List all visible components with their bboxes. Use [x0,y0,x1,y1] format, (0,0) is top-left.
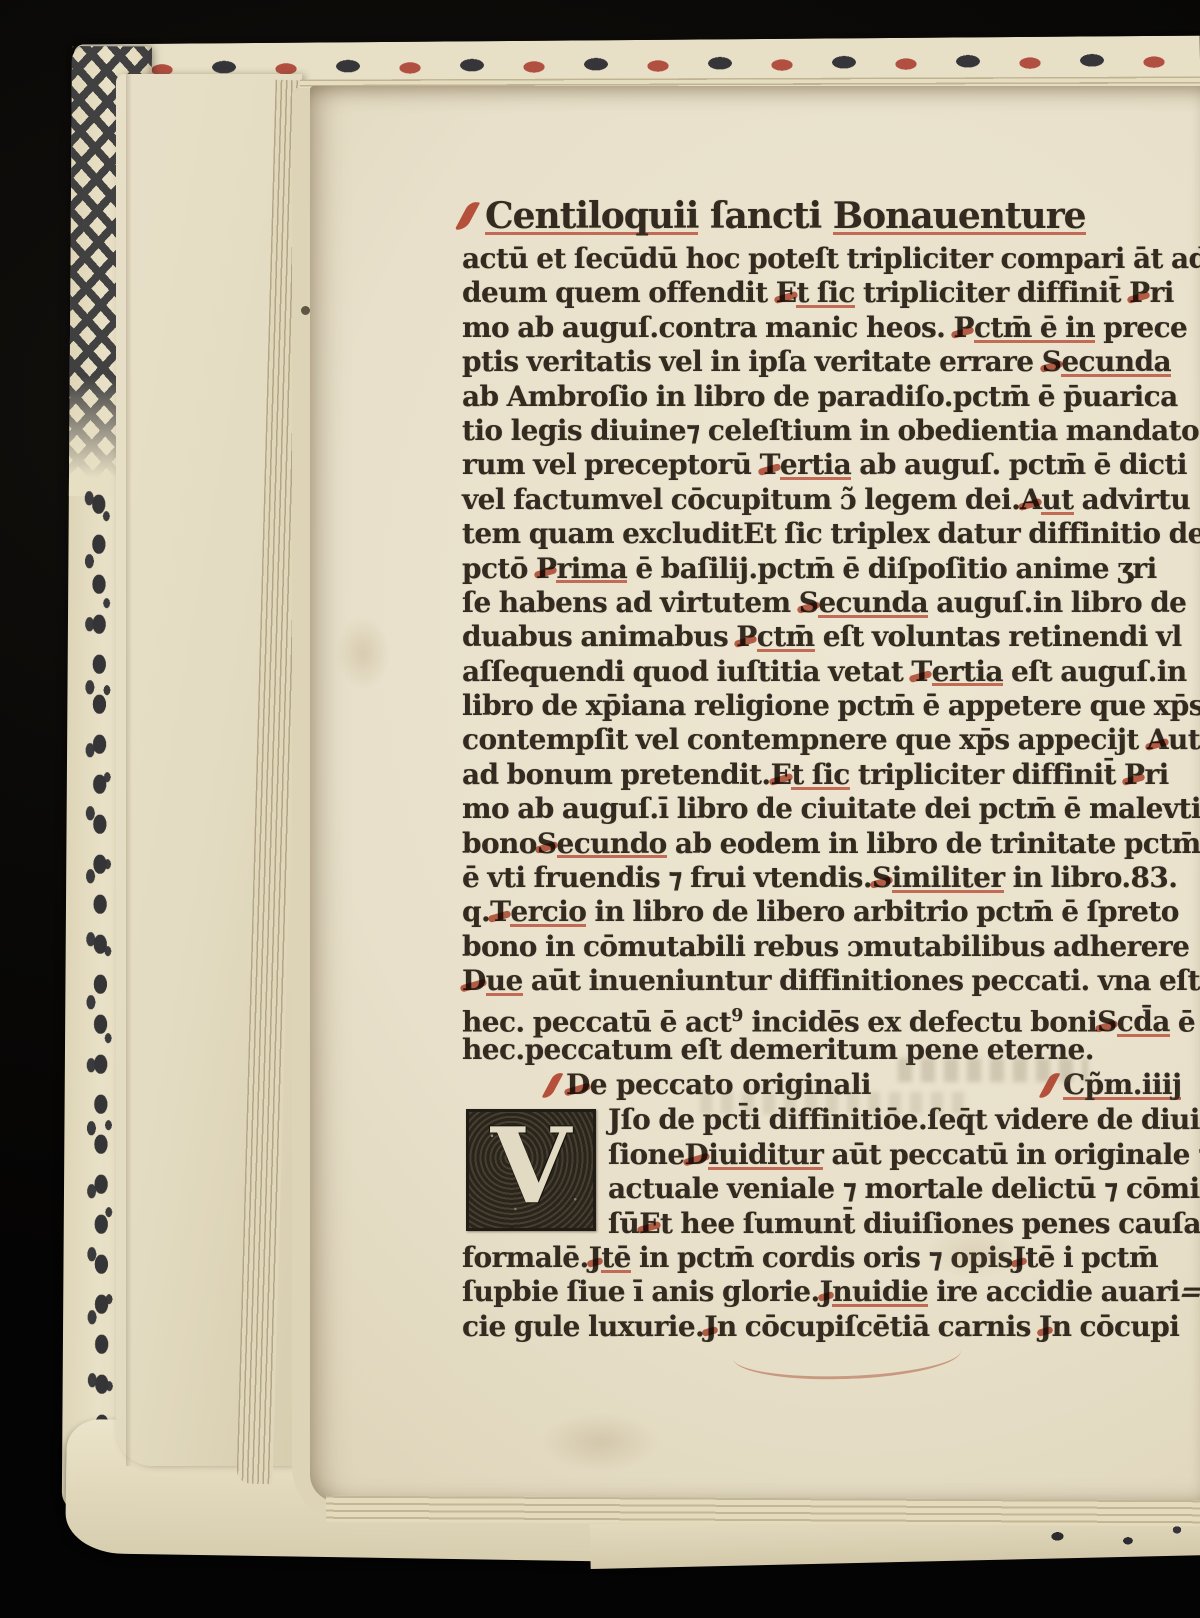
main-page: Centiloquii ſancti Bonauenture actū et ſ… [310,86,1200,1502]
ink-showthrough [898,1058,1088,1082]
closing-text: formalē.Jtē in pctm̄ cordis oris ⁊ opisJ… [462,1241,1200,1344]
text-line: Due aūt inueniuntur diffinitiones peccat… [462,964,1200,998]
body-text: actū et ſecūdū hoc poteſt tripliciter co… [462,242,1200,1067]
text-line: ad bonum pretendit.Et ſic tripliciter di… [462,758,1200,792]
text-line: bonoSecundo ab eodem in libro de trinita… [462,827,1200,861]
text-line: libro de xp̄iana religione pctm̄ ē appet… [462,689,1200,723]
text-line: ſioneDiuiditur aūt peccatū in originale … [608,1138,1200,1172]
text-line: ſe habens ad virtutem Secunda auguſ.in l… [462,586,1200,620]
text-line: hec.peccatum eſt demeritum pene eterne. [462,1033,1200,1067]
text-line: hec. peccatū ē act9 incidēs ex defectu b… [462,999,1200,1033]
paraph-mark-icon [542,1073,564,1099]
text-line: duabus animabus Pctm̄ eſt voluntas retin… [462,620,1200,654]
text-line: rum vel preceptorū Tertia ab auguſ. pctm… [462,448,1200,482]
text-line: mo ab auguſ.contra manic heos. Pctm̄ ē i… [462,311,1200,345]
text-block: Centiloquii ſancti Bonauenture actū et ſ… [462,190,1200,1344]
text-line: aſſequendi quod iuſtitia vetat Tertia eſ… [462,655,1200,689]
stain [301,306,310,315]
page-bottom-edges [326,1496,1200,1527]
text-line: pctō Prima ē baſilij.pctm̄ ē diſpoſitio … [462,552,1200,586]
stain [336,615,390,691]
decorated-initial: V [466,1109,596,1231]
text-line: ē vti fruendis ⁊ frui vtendis.Similiter … [462,861,1200,895]
text-line: ptis veritatis vel in ipſa veritate erra… [462,345,1200,379]
photographed-book-scene: Centiloquii ſancti Bonauenture actū et ſ… [0,0,1200,1618]
stain [540,1412,660,1472]
initial-paragraph: V Jſo de pct̄i diffinitiōe.ſeq̄t videre … [462,1103,1200,1241]
text-line: tem quam excluditEt ſic triplex datur di… [462,517,1200,551]
text-line: formalē.Jtē in pctm̄ cordis oris ⁊ opisJ… [462,1241,1200,1275]
page-title: Centiloquii ſancti Bonauenture [462,190,1200,242]
text-line: ab Ambroſio in libro de paradiſo.pctm̄ ē… [462,380,1200,414]
text-line: bono in cōmutabili rebus ɔmutabilibus ad… [462,930,1200,964]
paraph-mark-icon [455,202,480,231]
spine-waste-text [78,486,119,1476]
initial-letter: V [491,1114,572,1218]
text-line: tio legis diuine⁊ celeſtium in obedienti… [462,414,1200,448]
stain [925,1225,1021,1279]
title-text: Centiloquii ſancti Bonauenture [485,195,1086,237]
text-line: actuale veniale ⁊ mortale delictū ⁊ cōmi… [608,1172,1200,1206]
text-line: deum quem offendit Et ſic tripliciter di… [462,276,1200,310]
text-line: ſūEt hee ſumunt̄ diuiſiones penes cauſaz [608,1207,1200,1241]
text-line: contempſit vel contempnere que xp̄s appe… [462,723,1200,757]
text-line: q.Tercio in libro de libero arbitrio pct… [462,895,1200,929]
text-line: ſupbie ſiue ī anis glorie.Jnuidie ire ac… [462,1275,1200,1309]
text-line: actū et ſecūdū hoc poteſt tripliciter co… [462,242,1200,276]
ink-showthrough [700,1092,970,1114]
text-line: mo ab auguſ.ī libro de ciuitate dei pctm… [462,792,1200,826]
text-line: vel factumvel cōcupitum ɔ̃ legem dei.Aut… [462,483,1200,517]
